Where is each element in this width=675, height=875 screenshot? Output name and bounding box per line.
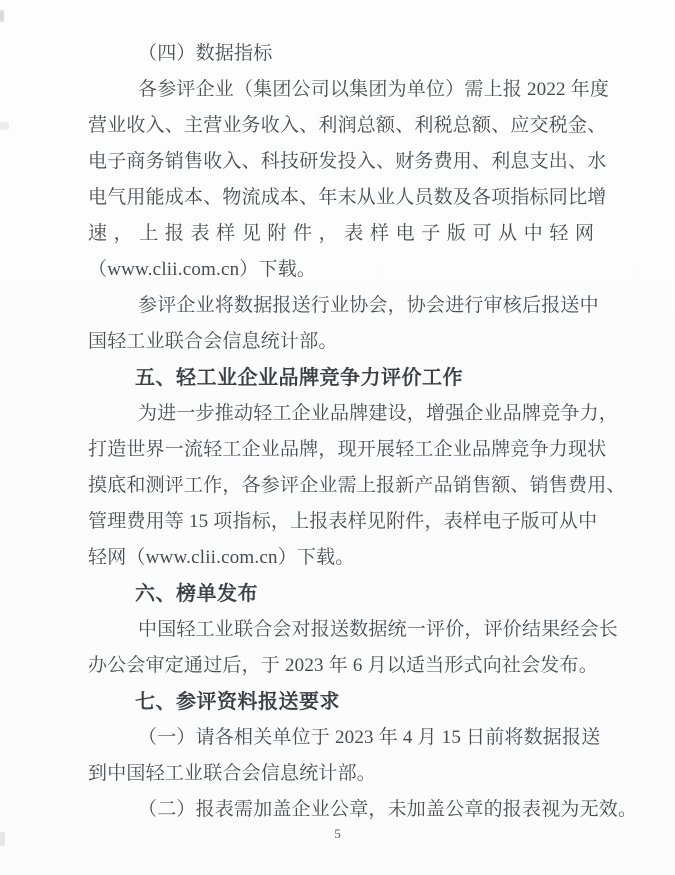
doc-line: 打造世界一流轻工企业品牌，现开展轻工企业品牌竞争力现状 xyxy=(88,432,595,468)
doc-line: 电子商务销售收入、科技研发投入、财务费用、利息支出、水 xyxy=(88,144,595,180)
doc-line: 到中国轻工业联合会信息统计部。 xyxy=(88,756,595,792)
doc-line: 办公会审定通过后，于 2023 年 6 月以适当形式向社会发布。 xyxy=(88,648,595,684)
doc-line: 中国轻工业联合会对报送数据统一评价，评价结果经会长 xyxy=(88,612,595,648)
section-heading-5: 五、轻工业企业品牌竞争力评价工作 xyxy=(88,360,595,396)
section-heading-7: 七、参评资料报送要求 xyxy=(88,684,595,720)
doc-line: 参评企业将数据报送行业协会，协会进行审核后报送中 xyxy=(88,288,595,324)
document-body: （四）数据指标 各参评企业（集团公司以集团为单位）需上报 2022 年度 营业收… xyxy=(88,36,595,828)
doc-line: 营业收入、主营业务收入、利润总额、利税总额、应交税金、 xyxy=(88,108,595,144)
doc-line-justified: 速，上报表样见附件，表样电子版可从中轻网 xyxy=(88,216,595,252)
doc-line: 电气用能成本、物流成本、年末从业人员数及各项指标同比增 xyxy=(88,180,595,216)
doc-line: 管理费用等 15 项指标，上报表样见附件，表样电子版可从中 xyxy=(88,504,595,540)
scanned-document-page: （四）数据指标 各参评企业（集团公司以集团为单位）需上报 2022 年度 营业收… xyxy=(0,0,675,875)
doc-line: 为进一步推动轻工企业品牌建设，增强企业品牌竞争力， xyxy=(88,396,595,432)
page-number: 5 xyxy=(0,826,675,842)
section-heading-6: 六、榜单发布 xyxy=(88,576,595,612)
doc-line: 各参评企业（集团公司以集团为单位）需上报 2022 年度 xyxy=(88,72,595,108)
subheading-data-indicators: （四）数据指标 xyxy=(88,36,595,72)
doc-line: 摸底和测评工作，各参评企业需上报新产品销售额、销售费用、 xyxy=(88,468,595,504)
doc-line-website-url: （www.clii.com.cn）下载。 xyxy=(88,252,595,288)
scan-artifact xyxy=(0,10,4,22)
doc-line: （二）报表需加盖企业公章，未加盖公章的报表视为无效。 xyxy=(88,792,595,828)
doc-line: 国轻工业联合会信息统计部。 xyxy=(88,324,595,360)
doc-line-website-url: 轻网（www.clii.com.cn）下载。 xyxy=(88,540,595,576)
doc-line: （一）请各相关单位于 2023 年 4 月 15 日前将数据报送 xyxy=(88,720,595,756)
scan-artifact xyxy=(0,122,9,130)
